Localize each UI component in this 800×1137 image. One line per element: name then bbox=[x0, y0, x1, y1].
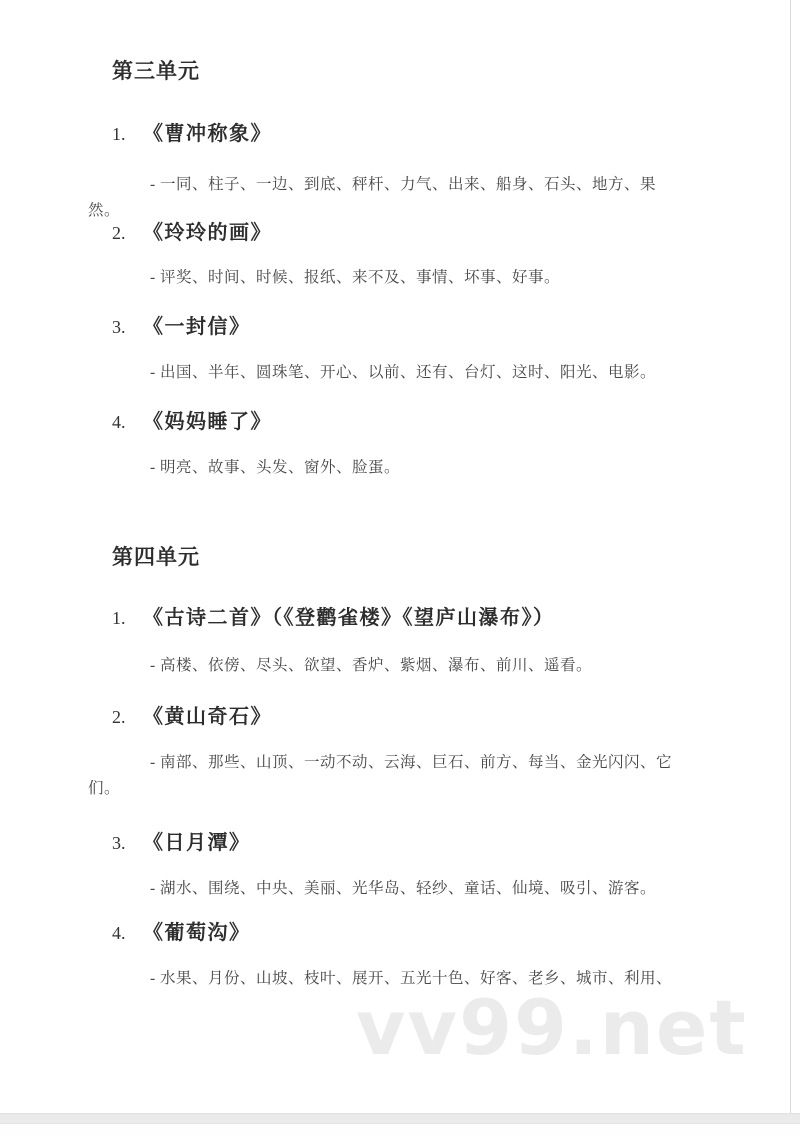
document-page: 第三单元 1. 《曹冲称象》 - 一同、柱子、一边、到底、秤杆、力气、出来、船身… bbox=[0, 0, 800, 1113]
lesson-title-row: 3. 《一封信》 bbox=[112, 315, 251, 339]
unit-3-heading: 第三单元 bbox=[112, 60, 200, 84]
lesson-title-row: 3. 《日月潭》 bbox=[112, 831, 251, 855]
lesson-title: 《曹冲称象》 bbox=[143, 122, 272, 146]
lesson-number: 4. bbox=[112, 923, 143, 944]
unit-4-heading: 第四单元 bbox=[112, 546, 200, 570]
word-list: - 评奖、时间、时候、报纸、来不及、事情、坏事、好事。 bbox=[88, 265, 688, 291]
lesson-title: 《古诗二首》（《登鹳雀楼》《望庐山瀑布》） bbox=[143, 606, 555, 630]
word-list: - 南部、那些、山顶、一动不动、云海、巨石、前方、每当、金光闪闪、它们。 bbox=[88, 750, 680, 802]
lesson-number: 1. bbox=[112, 124, 143, 145]
lesson-title: 《一封信》 bbox=[143, 315, 251, 339]
lesson-number: 1. bbox=[112, 608, 143, 629]
lesson-number: 2. bbox=[112, 707, 143, 728]
word-list: - 一同、柱子、一边、到底、秤杆、力气、出来、船身、石头、地方、果然。 bbox=[88, 172, 688, 224]
lesson-title-row: 4. 《妈妈睡了》 bbox=[112, 410, 272, 434]
page-right-edge bbox=[790, 0, 791, 1113]
lesson-title-row: 1. 《古诗二首》（《登鹳雀楼》《望庐山瀑布》） bbox=[112, 606, 555, 630]
lesson-number: 3. bbox=[112, 833, 143, 854]
lesson-title-row: 2. 《玲玲的画》 bbox=[112, 221, 272, 245]
lesson-title: 《妈妈睡了》 bbox=[143, 410, 272, 434]
word-list: - 高楼、依傍、尽头、欲望、香炉、紫烟、瀑布、前川、遥看。 bbox=[88, 653, 688, 679]
lesson-number: 2. bbox=[112, 223, 143, 244]
lesson-title-row: 2. 《黄山奇石》 bbox=[112, 705, 272, 729]
page-gap bbox=[0, 1113, 800, 1124]
lesson-number: 4. bbox=[112, 412, 143, 433]
lesson-title-row: 1. 《曹冲称象》 bbox=[112, 122, 272, 146]
lesson-title-row: 4. 《葡萄沟》 bbox=[112, 921, 251, 945]
lesson-number: 3. bbox=[112, 317, 143, 338]
lesson-title: 《玲玲的画》 bbox=[143, 221, 272, 245]
word-list: - 出国、半年、圆珠笔、开心、以前、还有、台灯、这时、阳光、电影。 bbox=[88, 360, 688, 386]
lesson-title: 《葡萄沟》 bbox=[143, 921, 251, 945]
lesson-title: 《黄山奇石》 bbox=[143, 705, 272, 729]
document-viewport: 第三单元 1. 《曹冲称象》 - 一同、柱子、一边、到底、秤杆、力气、出来、船身… bbox=[0, 0, 800, 1137]
next-page-top bbox=[0, 1124, 800, 1137]
word-list: - 明亮、故事、头发、窗外、脸蛋。 bbox=[88, 455, 688, 481]
watermark: vv99.net bbox=[356, 993, 748, 1063]
lesson-title: 《日月潭》 bbox=[143, 831, 251, 855]
word-list: - 湖水、围绕、中央、美丽、光华岛、轻纱、童话、仙境、吸引、游客。 bbox=[88, 876, 688, 902]
